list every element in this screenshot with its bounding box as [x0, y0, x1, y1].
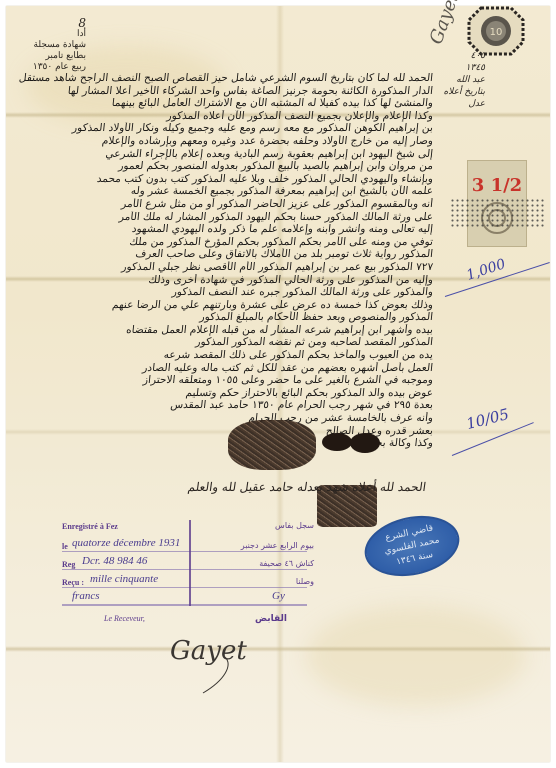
- seal-scribble: [228, 420, 316, 470]
- deed-text-line: على ورثة المالك المذكور حسنا بحكم اليهود…: [7, 211, 433, 224]
- reg-received-label: Reçu :: [62, 578, 84, 587]
- reg-date-label: le: [62, 542, 68, 551]
- reg-received-ar: وصلنا: [296, 577, 314, 586]
- margin-note: ٤٠٥: [430, 50, 485, 62]
- deed-text-line: بيده وأشهر ابن إبراهيم شرعه المشار له من…: [7, 324, 433, 337]
- margin-note: ١٣٤٥: [430, 62, 485, 74]
- reg-header-ar: سجل بفاس: [275, 521, 314, 530]
- deed-text-line: إليه تعالى ومنه وانشر وابنه وإعلامه علم …: [7, 223, 433, 236]
- deed-text-line: العمل بأصل أشهره بعضهم من عقد للكل ثم كت…: [7, 362, 433, 375]
- reg-received-value: mille cinquante: [90, 573, 158, 585]
- margin-note: عبد الله: [430, 74, 485, 86]
- deed-text-line: إلى شيخ اليهود ابن إبراهيم بعقوبة رسم ال…: [7, 148, 433, 161]
- deed-text-line: الحمد لله لما كان بتاريخ السوم الشرعي شا…: [7, 72, 433, 85]
- deed-text-line: المذكور والمنصوص وبعد حفظ الأحكام بالمبل…: [7, 311, 433, 324]
- deed-text-line: وموجبه في الشرع بالغير على ما حضر وعلى ١…: [7, 374, 433, 387]
- seal-mark: [350, 433, 380, 453]
- deed-text-line: المذكور رواية ثلاث تومبر بلد من الأملاك …: [7, 248, 433, 261]
- reg-number-ar: كناش ٤٦ صحيفة: [259, 559, 314, 568]
- deed-text-line: والمذكور على ورثة المالك المذكور جبره عن…: [7, 286, 433, 299]
- stamp-value: 10: [490, 27, 503, 38]
- deed-text-line: عوض بيده والد المذكور بحكم البائع بالاحت…: [7, 387, 433, 400]
- paper-stain: [306, 606, 526, 706]
- deed-text-line: من مروان وابن إبراهيم بالصيد بالبيع المذ…: [7, 160, 433, 173]
- note-line: أدا: [26, 29, 86, 40]
- top-left-note: 8 أدا شهادة مسجلة بطابع تامبر ربيع عام ١…: [26, 18, 86, 73]
- deed-text-line: بعدة ٢٩٥ في شهر رجب الحرام عام ١٣٥٠ حامد…: [7, 399, 433, 412]
- reg-header: Enregistré à Fez: [62, 522, 118, 531]
- receveur-label-ar: القابض: [255, 614, 287, 624]
- deed-text-line: وكذا الإعلام والإعلان بجميع النصف المذكو…: [7, 110, 433, 123]
- reg-number-value: Dcr. 48 984 46: [82, 555, 147, 567]
- deed-text-line: توفي من ومنه على الأمر بحكم المذكور بحكم…: [7, 236, 433, 249]
- receveur-label: Le Receveur,: [104, 614, 145, 623]
- reg-date-value: quatorze décembre 1931: [72, 537, 180, 549]
- deed-text-line: وذلك بعوض كذا خمسة ده عرض على عشرة وبارت…: [7, 299, 433, 312]
- reg-rule: [62, 569, 307, 570]
- reg-rule: [62, 551, 307, 552]
- seal-mark: [322, 433, 352, 451]
- deed-text-line: وأنه عرف بالخامسة عشر من رجب الحرام: [7, 412, 433, 425]
- margin-note: عدل: [430, 98, 485, 110]
- deed-text-line: وصار إليه من خارج الأولاد وحلفه بحضرة عد…: [7, 135, 433, 148]
- fiscal-stamp-value: 3 1/2: [468, 175, 526, 196]
- reg-date-ar: بيوم الرابع عشر دجنبر: [241, 541, 314, 550]
- deed-text-line: يده من العيوب والمأخذ بحكم المذكور على ذ…: [7, 349, 433, 362]
- deed-text-line: المذكور المقصد لصاحبه ومن ثم نقضه المذكو…: [7, 336, 433, 349]
- perforation-cancel-mark: [450, 198, 545, 228]
- deed-text-line: بن إبراهيم الكوهن المذكور مع معه رسم ومع…: [7, 122, 433, 135]
- revenue-stamp-top: 10: [467, 6, 525, 56]
- registration-stamp: Enregistré à Fez سجل بفاس le quatorze dé…: [62, 518, 312, 613]
- margin-note: بتاريخ أعلاه: [430, 86, 485, 98]
- deed-text-line: ٧٢٧ المذكور بيع عمر بن إبراهيم المذكور ا…: [7, 261, 433, 274]
- deed-text-line: والمنشئ لها كذا بيده كفيلا له المشتبه ال…: [7, 97, 433, 110]
- reg-received-value-2: francs: [72, 590, 100, 602]
- deed-text-line: وإليه من المذكور على ورثة الحالي المذكور…: [7, 274, 433, 287]
- signature-tail: [195, 655, 235, 695]
- deed-text-line: الدار المذكورة الكائنة بحومة جرنيز الصاغ…: [7, 85, 433, 98]
- reg-rule: [62, 587, 307, 588]
- reg-number-label: Reg: [62, 560, 75, 569]
- reg-rule: [62, 604, 307, 606]
- deed-text-line: أنه وبالمقسوم المذكور على عزيز الحاضر ال…: [7, 198, 433, 211]
- reg-signature: Gy: [272, 590, 285, 602]
- deed-text-line: علمه الآن بالشيخ ابن إبراهيم بمعرفة المذ…: [7, 185, 433, 198]
- note-line: شهادة مسجلة بطابع تامبر: [26, 40, 86, 62]
- reg-divider: [189, 520, 191, 606]
- deed-text-line: وبإنشاء واليهودي الحالي المذكور خلف وبلا…: [7, 173, 433, 186]
- deed-body-text: الحمد لله لما كان بتاريخ السوم الشرعي شا…: [8, 72, 433, 450]
- closing-formula: الحمد لله أعلاه شهد بعدله حامد عقيل لله …: [185, 480, 427, 494]
- note-number: 8: [26, 18, 86, 29]
- margin-notes: ٤٠٥ ١٣٤٥ عبد الله بتاريخ أعلاه عدل: [430, 50, 485, 110]
